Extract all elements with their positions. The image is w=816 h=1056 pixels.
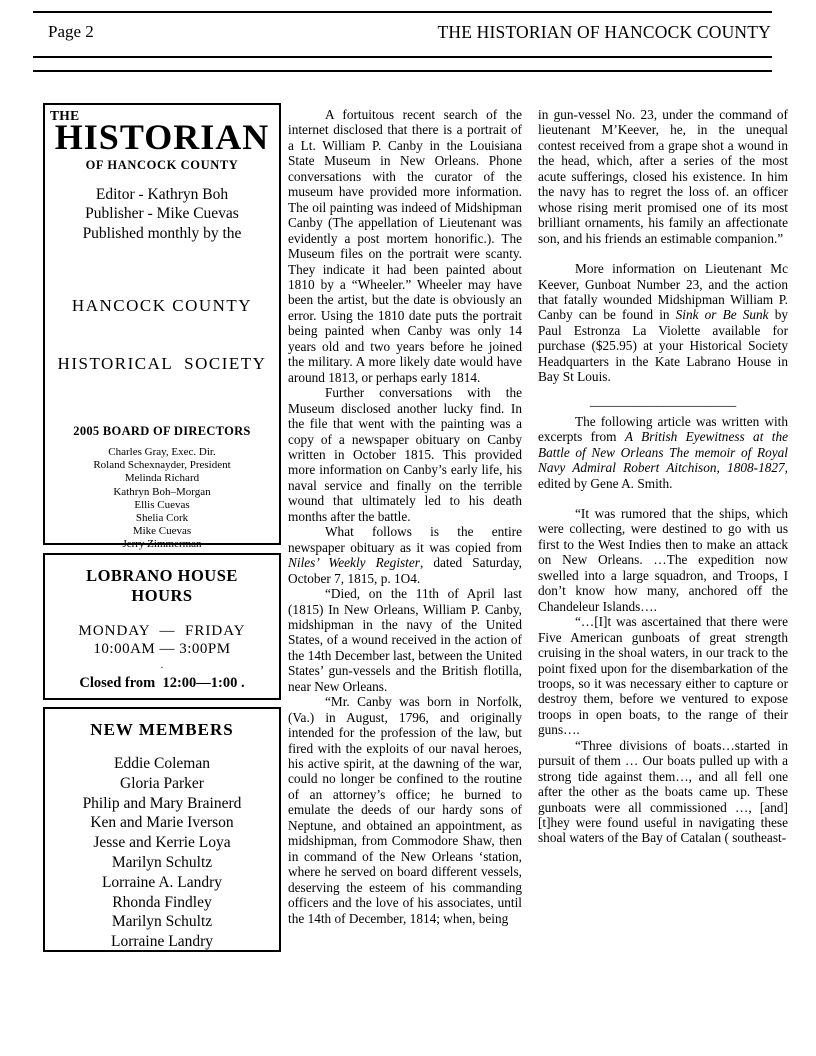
masthead-subtitle: OF HANCOCK COUNTY: [45, 158, 279, 173]
header-top-rule: [33, 11, 772, 13]
text-run: edited by Gene A. Smith.: [538, 476, 672, 491]
italic-run: Niles’ Weekly Register: [288, 555, 420, 570]
text-run: “Died, on the 11th of April last (1815) …: [288, 586, 522, 694]
text-run: in gun-vessel No. 23, under the command …: [538, 107, 788, 246]
article-paragraph: “Three divisions of boats…started in pur…: [538, 738, 788, 846]
header-bottom-rule: [33, 70, 772, 72]
new-member-name: Jesse and Kerrie Loya: [45, 833, 279, 853]
board-member: Roland Schexnayder, President: [45, 459, 279, 472]
society-line-2: HISTORICAL SOCIETY: [45, 354, 279, 374]
hours-title-line-2: HOURS: [45, 586, 279, 606]
text-run: A fortuitous recent search of the intern…: [288, 107, 522, 385]
new-member-name: Gloria Parker: [45, 774, 279, 794]
new-member-name: Lorraine Landry: [45, 932, 279, 952]
article-paragraph: “Mr. Canby was born in Norfolk, (Va.) in…: [288, 694, 522, 926]
article-paragraph: “It was rumored that the ships, which we…: [538, 506, 788, 614]
lobrano-house-hours-box: LOBRANO HOUSE HOURS MONDAY — FRIDAY 10:0…: [43, 553, 281, 700]
newsletter-page: Page 2 THE HISTORIAN OF HANCOCK COUNTY T…: [0, 0, 816, 1056]
masthead-the: THE: [50, 108, 79, 124]
board-member: Charles Gray, Exec. Dir.: [45, 446, 279, 459]
hours-times: 10:00AM — 3:00PM: [45, 640, 279, 658]
society-line-1: HANCOCK COUNTY: [45, 296, 279, 316]
italic-run: Sink or Be Sunk: [676, 307, 769, 322]
hours-title: LOBRANO HOUSE HOURS: [45, 566, 279, 606]
board-member: Jerry Zimmerman: [45, 538, 279, 551]
society-name: HANCOCK COUNTY HISTORICAL SOCIETY: [45, 257, 279, 413]
board-member: Shelia Cork: [45, 512, 279, 525]
article-paragraph: “…[I]t was ascertained that there were F…: [538, 614, 788, 738]
hours-closed-note: Closed from 12:00—1:00 .: [45, 675, 279, 692]
publisher-line: Publisher - Mike Cuevas: [45, 204, 279, 223]
article-paragraph: The following article was written with e…: [538, 414, 788, 491]
text-run: “…[I]t was ascertained that there were F…: [538, 614, 788, 737]
header-middle-rule: [33, 56, 772, 58]
new-member-name: Lorraine A. Landry: [45, 873, 279, 893]
board-member: Kathryn Boh–Morgan: [45, 486, 279, 499]
article-column-right: in gun-vessel No. 23, under the command …: [538, 107, 788, 846]
article-paragraph: Further conversations with the Museum di…: [288, 385, 522, 524]
new-member-name: Eddie Coleman: [45, 754, 279, 774]
section-separator: ______________________: [538, 393, 788, 408]
new-member-name: Marilyn Schultz: [45, 912, 279, 932]
article-column-middle: A fortuitous recent search of the intern…: [288, 107, 522, 926]
page-number: Page 2: [48, 22, 94, 42]
text-run: “Three divisions of boats…started in pur…: [538, 738, 788, 846]
new-members-list: Eddie ColemanGloria ParkerPhilip and Mar…: [45, 754, 279, 952]
hours-days: MONDAY — FRIDAY: [45, 622, 279, 640]
new-member-name: Ken and Marie Iverson: [45, 813, 279, 833]
new-members-heading: NEW MEMBERS: [45, 720, 279, 740]
hours-title-line-1: LOBRANO HOUSE: [45, 566, 279, 586]
board-member: Ellis Cuevas: [45, 499, 279, 512]
article-column-right-bottom: The following article was written with e…: [538, 414, 788, 846]
text-run: “It was rumored that the ships, which we…: [538, 506, 788, 614]
article-paragraph: What follows is the entire newspaper obi…: [288, 524, 522, 586]
text-run: “Mr. Canby was born in Norfolk, (Va.) in…: [288, 694, 522, 925]
article-paragraph: in gun-vessel No. 23, under the command …: [538, 107, 788, 246]
text-run: What follows is the entire newspaper obi…: [288, 524, 522, 554]
article-paragraph: More information on Lieutenant Mc Keever…: [538, 261, 788, 385]
new-member-name: Rhonda Findley: [45, 893, 279, 913]
article-paragraph: A fortuitous recent search of the intern…: [288, 107, 522, 385]
new-members-box: NEW MEMBERS Eddie ColemanGloria ParkerPh…: [43, 707, 281, 952]
masthead-credits: Editor - Kathryn Boh Publisher - Mike Cu…: [45, 185, 279, 243]
article-column-right-top: in gun-vessel No. 23, under the command …: [538, 107, 788, 385]
editor-line: Editor - Kathryn Boh: [45, 185, 279, 204]
article-paragraph: “Died, on the 11th of April last (1815) …: [288, 586, 522, 694]
published-line: Published monthly by the: [45, 224, 279, 243]
newsletter-header-title: THE HISTORIAN OF HANCOCK COUNTY: [437, 22, 771, 43]
board-heading: 2005 BOARD OF DIRECTORS: [45, 424, 279, 439]
new-member-name: Marilyn Schultz: [45, 853, 279, 873]
masthead-box: THE HISTORIAN OF HANCOCK COUNTY Editor -…: [43, 103, 281, 545]
board-member: Mike Cuevas: [45, 525, 279, 538]
masthead-title: HISTORIAN: [45, 119, 279, 155]
text-run: Further conversations with the Museum di…: [288, 385, 522, 524]
board-member: Melinda Richard: [45, 472, 279, 485]
new-member-name: Philip and Mary Brainerd: [45, 794, 279, 814]
stray-period: .: [45, 662, 279, 670]
